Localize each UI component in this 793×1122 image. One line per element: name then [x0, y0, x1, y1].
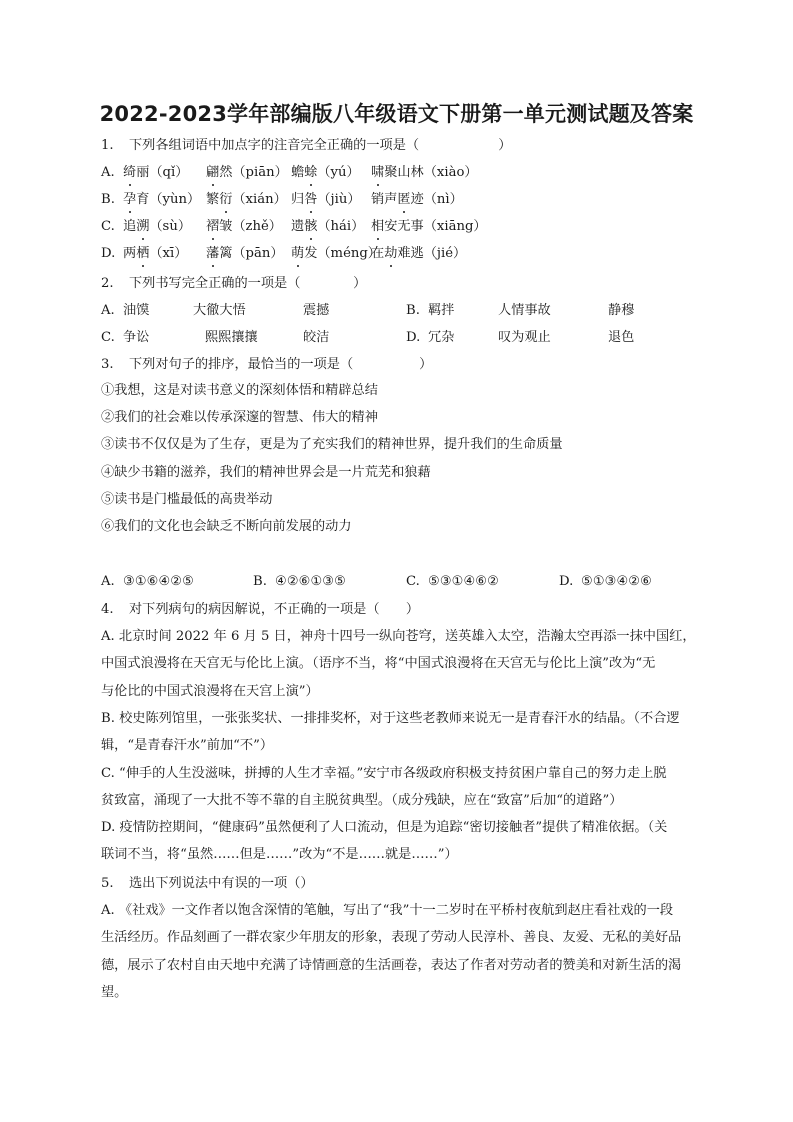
option-item: 归咎（jiù） — [291, 191, 361, 209]
option-item: 啸聚山林（xiào） — [371, 164, 478, 182]
option-item: 繁衍（xián） — [206, 191, 287, 209]
paragraph-line: 中国式浪漫将在天宫无与伦比上演。（语序不当，将“中国式浪漫将在天宫无与伦比上演”… — [101, 655, 655, 673]
question-3: 3.下列对句子的排序，最恰当的一项是（ ） — [101, 356, 432, 374]
option-label: C. — [101, 218, 115, 236]
option-item: 遗骸（hái） — [291, 218, 364, 236]
option-text: ⑤③①④⑥② — [428, 574, 499, 589]
paragraph-line: 德，展示了农村自由天地中充满了诗情画意的生活画卷，表达了作者对劳动者的赞美和对新… — [101, 957, 681, 975]
question-number: 4. — [101, 601, 129, 619]
question-4: 4.对下列病句的病因解说，不正确的一项是（ ） — [101, 601, 419, 619]
question-stem: 下列对句子的排序，最恰当的一项是（ ） — [129, 357, 432, 372]
word-part: 两 — [123, 246, 136, 261]
question-number: 3. — [101, 356, 129, 374]
word-part: 难逃（jié） — [397, 246, 466, 261]
word-part: 繁 — [206, 192, 219, 207]
sentence: ①我想，这是对读书意义的深刻体悟和精辟总结 — [101, 382, 378, 400]
option-row: A.油馍大徹大悟震撼B.羁拌人情事故静穆 — [101, 302, 701, 320]
paragraph-line: 与伦比的中国式浪漫将在天宫上演”） — [101, 683, 319, 701]
option-item: 相安无事（xiāng） — [371, 218, 487, 236]
option-word: 叹为观止 — [498, 329, 551, 347]
option-item: 销声匿迹（nì） — [371, 191, 463, 209]
sentence: ③读书不仅仅是为了生存，更是为了充实我们的精神世界，提升我们的生命质量 — [101, 436, 563, 454]
sentence: ⑤读书是门槛最低的高贵举动 — [101, 491, 272, 509]
option-item: 孕育（yùn） — [123, 191, 200, 209]
option: A.③①⑥④②⑤ — [101, 573, 194, 591]
paragraph-line: 联词不当，将“虽然……但是……”改为“不是……就是……”） — [101, 846, 458, 864]
question-5: 5.选出下列说法中有误的一项（） — [101, 875, 314, 893]
option: D.⑤①③④②⑥ — [559, 573, 652, 591]
option-row: D.两栖（xī）藩篱（pān）萌发（méng）在劫难逃（jié） — [101, 245, 701, 263]
option-word: 退色 — [608, 329, 634, 347]
word-part: 聚山林（xiào） — [384, 165, 477, 180]
option-word: 人情事故 — [498, 302, 551, 320]
sentence: ②我们的社会难以传承深邃的智慧、伟大的精神 — [101, 409, 378, 427]
option-item: 蟾蜍（yú） — [291, 164, 360, 182]
question-number: 1. — [101, 137, 129, 155]
word-part: （sù） — [149, 219, 191, 234]
option-text: ⑤①③④②⑥ — [581, 574, 652, 589]
word-part: 蟾 — [291, 165, 304, 180]
paragraph-line: B. 校史陈列馆里，一张张奖状、一排排奖杯，对于这些老教师来说无一是青春汗水的结… — [101, 710, 680, 728]
question-number: 5. — [101, 875, 129, 893]
paragraph-line: C. “伸手的人生没滋味，拼搏的人生才幸福。”安宁市各级政府积极支持贫困户靠自己… — [101, 765, 667, 783]
dotted-char: 绮 — [123, 164, 136, 182]
paragraph-line: A. 北京时间 2022 年 6 月 5 日，神舟十四号一纵向苍穹，送英雄入太空… — [101, 628, 696, 646]
question-stem: 下列各组词语中加点字的注音完全正确的一项是（ ） — [129, 138, 511, 153]
option-item: 翩然（piān） — [206, 164, 288, 182]
option-label: A. — [101, 302, 115, 320]
option-item: 褶皱（zhě） — [206, 218, 282, 236]
option-text: ④②⑥①③⑤ — [275, 574, 346, 589]
option-label: B. — [406, 302, 420, 320]
option-word: 大徹大悟 — [193, 302, 246, 320]
option-row: C.争讼熙熙攘攘皎洁D.冗杂叹为观止退色 — [101, 329, 701, 347]
option-word: 冗杂 — [428, 329, 454, 347]
option-row: B.孕育（yùn）繁衍（xián）归咎（jiù）销声匿迹（nì） — [101, 191, 701, 209]
dotted-char: 孕 — [123, 191, 136, 209]
option-item: 萌发（méng） — [291, 245, 381, 263]
word-part: （hái） — [317, 219, 364, 234]
word-part: 发（méng） — [304, 246, 381, 261]
option-row: A.绮丽（qǐ）翩然（piān）蟾蜍（yú）啸聚山林（xiào） — [101, 164, 701, 182]
word-part: 丽（qǐ） — [136, 165, 188, 180]
sentence: ④缺少书籍的滋养，我们的精神世界会是一片荒芜和狼藉 — [101, 464, 431, 482]
dotted-char: 褶 — [206, 218, 219, 236]
dotted-char: 衍 — [219, 191, 232, 209]
option-label: B. — [253, 573, 275, 591]
dotted-char: 劫 — [384, 245, 397, 263]
option-item: 藩篱（pān） — [206, 245, 284, 263]
paragraph-line: 贫致富，涌现了一大批不等不靠的自主脱贫典型。（成分残缺，应在“致富”后加“的道路… — [101, 792, 623, 810]
option-text: ③①⑥④②⑤ — [123, 574, 194, 589]
option-label: D. — [559, 573, 581, 591]
question-2: 2.下列书写完全正确的一项是（ ） — [101, 275, 366, 293]
option-item: 追溯（sù） — [123, 218, 191, 236]
dotted-char: 翩 — [206, 164, 219, 182]
option-row: A.③①⑥④②⑤B.④②⑥①③⑤C.⑤③①④⑥②D.⑤①③④②⑥ — [101, 573, 701, 591]
option-word: 争讼 — [123, 329, 149, 347]
word-part: 然（piān） — [219, 165, 288, 180]
word-part: 销声 — [371, 192, 397, 207]
option-word: 震撼 — [303, 302, 329, 320]
word-part: 遗 — [291, 219, 304, 234]
option-label: B. — [101, 191, 115, 209]
option-label: A. — [101, 573, 123, 591]
option-word: 静穆 — [608, 302, 634, 320]
dotted-char: 匿 — [397, 191, 410, 209]
dotted-char: 骸 — [304, 218, 317, 236]
word-part: （yú） — [317, 165, 359, 180]
dotted-char: 蜍 — [304, 164, 317, 182]
option-item: 在劫难逃（jié） — [371, 245, 466, 263]
paragraph-line: A. 《社戏》一文作者以饱含深情的笔触，写出了“我”十一二岁时在平桥村夜航到赵庄… — [101, 902, 673, 920]
word-part: 皱（zhě） — [219, 219, 282, 234]
word-part: 育（yùn） — [136, 192, 200, 207]
dotted-char: 萌 — [291, 245, 304, 263]
option-row: C.追溯（sù）褶皱（zhě）遗骸（hái）相安无事（xiāng） — [101, 218, 701, 236]
word-part: 安无事（xiāng） — [384, 219, 486, 234]
option-word: 羁拌 — [428, 302, 454, 320]
option-label: D. — [406, 329, 420, 347]
word-part: 迹（nì） — [411, 192, 463, 207]
option: B.④②⑥①③⑤ — [253, 573, 346, 591]
dotted-char: 藩 — [206, 245, 219, 263]
dotted-char: 咎 — [304, 191, 317, 209]
option-label: C. — [101, 329, 115, 347]
option-word: 皎洁 — [303, 329, 329, 347]
word-part: 在 — [371, 246, 384, 261]
word-part: 归 — [291, 192, 304, 207]
option-item: 两栖（xī） — [123, 245, 187, 263]
dotted-char: 栖 — [136, 245, 149, 263]
option-word: 油馍 — [123, 302, 149, 320]
option-label: D. — [101, 245, 115, 263]
paragraph-line: 生活经历。作品刻画了一群农家少年朋友的形象，表现了劳动人民淳朴、善良、友爱、无私… — [101, 929, 681, 947]
word-part: 篱（pān） — [219, 246, 283, 261]
question-stem: 选出下列说法中有误的一项（） — [129, 876, 314, 891]
word-part: 追 — [123, 219, 136, 234]
option-label: C. — [406, 573, 428, 591]
option: C.⑤③①④⑥② — [406, 573, 499, 591]
question-stem: 下列书写完全正确的一项是（ ） — [129, 276, 366, 291]
word-part: （xī） — [149, 246, 187, 261]
word-part: （jiù） — [317, 192, 360, 207]
dotted-char: 溯 — [136, 218, 149, 236]
sentence: ⑥我们的文化也会缺乏不断向前发展的动力 — [101, 518, 352, 536]
word-part: （xián） — [232, 192, 286, 207]
paragraph-line: D. 疫情防控期间，“健康码”虽然便利了人口流动，但是为追踪“密切接触者”提供了… — [101, 819, 667, 837]
dotted-char: 相 — [371, 218, 384, 236]
paragraph-line: 辑，“是青春汗水”前加“不”） — [101, 737, 273, 755]
option-word: 熙熙攘攘 — [205, 329, 258, 347]
document-title: 2022-2023学年部编版八年级语文下册第一单元测试题及答案 — [0, 98, 793, 128]
option-label: A. — [101, 164, 115, 182]
dotted-char: 啸 — [371, 164, 384, 182]
option-item: 绮丽（qǐ） — [123, 164, 188, 182]
question-1: 1.下列各组词语中加点字的注音完全正确的一项是（ ） — [101, 137, 511, 155]
question-number: 2. — [101, 275, 129, 293]
paragraph-line: 望。 — [101, 984, 127, 1002]
question-stem: 对下列病句的病因解说，不正确的一项是（ ） — [129, 602, 419, 617]
